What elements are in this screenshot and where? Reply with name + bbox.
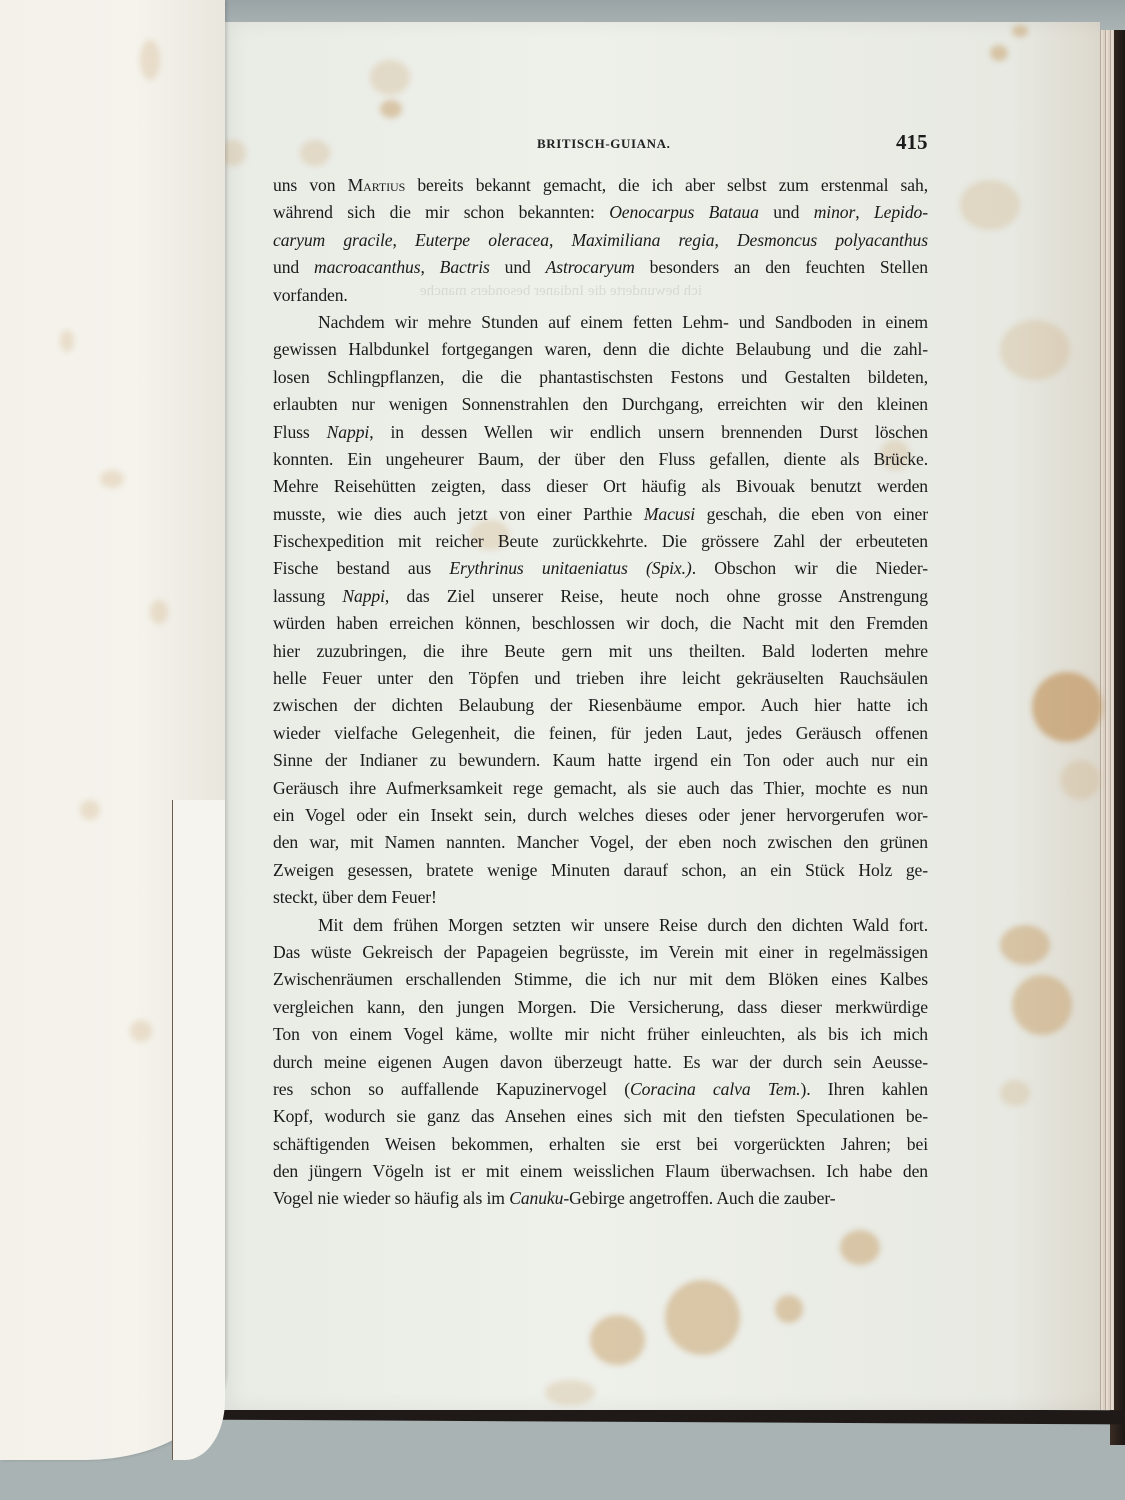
text-line: Vogel nie wieder so häufig als im Canuku…: [273, 1185, 928, 1212]
page-number: 415: [896, 130, 928, 155]
text-line: konnten. Ein ungeheurer Baum, der über d…: [273, 446, 928, 473]
text-line: caryum gracile, Euterpe oleracea, Maximi…: [273, 227, 928, 254]
text-line: Fluss Nappi, in dessen Wellen wir endlic…: [273, 419, 928, 446]
text-line: und macroacanthus, Bactris und Astrocary…: [273, 254, 928, 281]
text-line: res schon so auffallende Kapuzinervogel …: [273, 1076, 928, 1103]
text-line: hier zuzubringen, die ihre Beute gern mi…: [273, 638, 928, 665]
text-line: Nachdem wir mehre Stunden auf einem fett…: [273, 309, 928, 336]
text-line: uns von Martius bereits bekannt gemacht,…: [273, 172, 928, 199]
text-line: Fischexpedition mit reicher Beute zurück…: [273, 528, 928, 555]
text-line: den war, mit Namen nannten. Mancher Voge…: [273, 829, 928, 856]
page-edges: [1098, 30, 1114, 1410]
text-line: helle Feuer unter den Töpfen und trieben…: [273, 665, 928, 692]
text-line: schäftigenden Weisen bekommen, erhalten …: [273, 1131, 928, 1158]
left-page-fold: [172, 800, 225, 1460]
text-line: Das wüste Gekreisch der Papageien begrüs…: [273, 939, 928, 966]
text-line: wieder vielfache Gelegenheit, die feinen…: [273, 720, 928, 747]
running-head: BRITISCH-GUIANA.: [537, 136, 670, 152]
text-line: Ton von einem Vogel käme, wollte mir nic…: [273, 1021, 928, 1048]
text-line: während sich die mir schon bekannten: Oe…: [273, 199, 928, 226]
text-line: Sinne der Indianer zu bewundern. Kaum ha…: [273, 747, 928, 774]
text-line: den jüngern Vögeln ist er mit einem weis…: [273, 1158, 928, 1185]
text-line: Geräusch ihre Aufmerksamkeit rege gemach…: [273, 775, 928, 802]
text-line: Kopf, wodurch sie ganz das Ansehen eines…: [273, 1103, 928, 1130]
text-line: Zwischenräumen erschallenden Stimme, die…: [273, 966, 928, 993]
text-line: ein Vogel oder ein Insekt sein, durch we…: [273, 802, 928, 829]
text-line: Zweigen gesessen, bratete wenige Minuten…: [273, 857, 928, 884]
text-line: lassung Nappi, das Ziel unserer Reise, h…: [273, 583, 928, 610]
text-line: vorfanden.: [273, 282, 928, 309]
text-line: Mehre Reisehütten zeigten, dass dieser O…: [273, 473, 928, 500]
text-line: durch meine eigenen Augen davon überzeug…: [273, 1049, 928, 1076]
text-line: erlaubten nur wenigen Sonnenstrahlen den…: [273, 391, 928, 418]
text-line: Fische bestand aus Erythrinus unitaeniat…: [273, 555, 928, 582]
body-text: uns von Martius bereits bekannt gemacht,…: [273, 172, 928, 1213]
text-line: Mit dem frühen Morgen setzten wir unsere…: [273, 912, 928, 939]
text-line: steckt, über dem Feuer!: [273, 884, 928, 911]
text-line: vergleichen kann, den jungen Morgen. Die…: [273, 994, 928, 1021]
text-line: zwischen der dichten Belaubung der Riese…: [273, 692, 928, 719]
text-line: musste, wie dies auch jetzt von einer Pa…: [273, 501, 928, 528]
text-line: würden haben erreichen können, beschloss…: [273, 610, 928, 637]
text-line: losen Schlingpflanzen, die die phantasti…: [273, 364, 928, 391]
text-line: gewissen Halbdunkel fortgegangen waren, …: [273, 336, 928, 363]
